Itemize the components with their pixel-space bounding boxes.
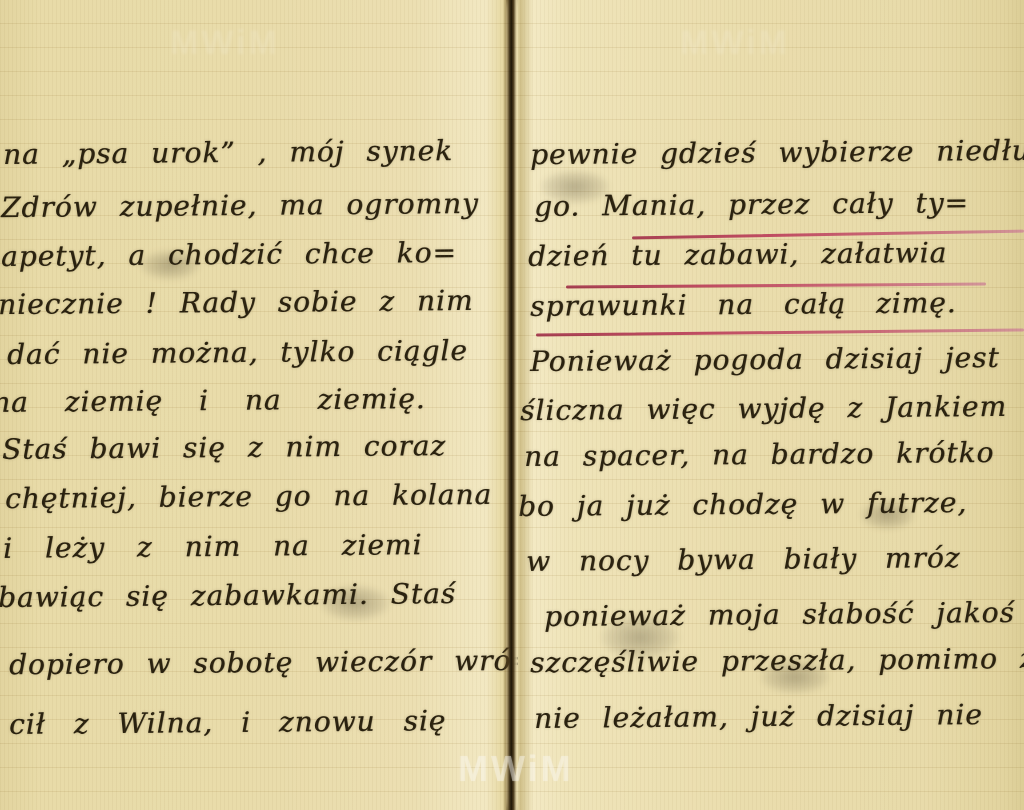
handwritten-line: nie leżałam, już dzisiaj nie [534,698,983,735]
handwritten-line: na ziemię i na ziemię. [0,382,426,419]
ghost-watermark: MWiM [680,24,790,63]
watermark: MWiM [458,748,574,790]
handwritten-line: ponieważ moja słabość jakoś [544,596,1015,633]
handwritten-line: śliczna więc wyjdę z Jankiem [520,390,1007,427]
handwritten-line: na „psa urok” , mój synek [3,134,453,171]
handwritten-line: go. Mania, przez cały ty= [534,186,969,223]
binding-gutter [503,0,521,810]
handwritten-line: Ponieważ pogoda dzisiaj jest [530,341,1000,378]
handwritten-line: dać nie można, tylko ciągle [7,334,468,371]
handwritten-line: pewnie gdzieś wybierze niedłu [530,134,1024,171]
handwritten-line: dzień tu zabawi, załatwia [528,236,947,273]
handwritten-line: w nocy bywa biały mróz [526,541,961,578]
handwritten-line: chętniej, bierze go na kolana [5,478,492,515]
handwritten-line: Staś bawi się z nim coraz [2,429,446,466]
right-page: pewnie gdzieś wybierze niedłu go. Mania,… [518,0,1024,810]
handwritten-line: bawiąc się zabawkami. Staś [0,577,456,614]
left-page: na „psa urok” , mój synek Zdrów zupełnie… [0,0,506,810]
handwritten-line: Zdrów zupełnie, ma ogromny [1,187,479,224]
handwritten-line: cił z Wilna, i znowu się [9,704,447,741]
handwritten-line: i leży z nim na ziemi [3,528,423,565]
handwritten-line: dopiero w sobotę wieczór wró= [9,644,536,682]
handwritten-line: niecznie ! Rady sobie z nim [0,284,474,321]
handwritten-line: bo ja już chodzę w futrze, [518,486,967,523]
handwritten-line: apetyt, a chodzić chce ko= [1,236,457,273]
handwritten-line: na spacer, na bardzo krótko [524,436,995,473]
ghost-watermark: MWiM [170,24,280,63]
handwritten-line: sprawunki na całą zimę. [530,286,957,323]
handwritten-line: szczęśliwie przeszła, pomimo że [530,642,1024,680]
diary-scan: na „psa urok” , mój synek Zdrów zupełnie… [0,0,1024,810]
